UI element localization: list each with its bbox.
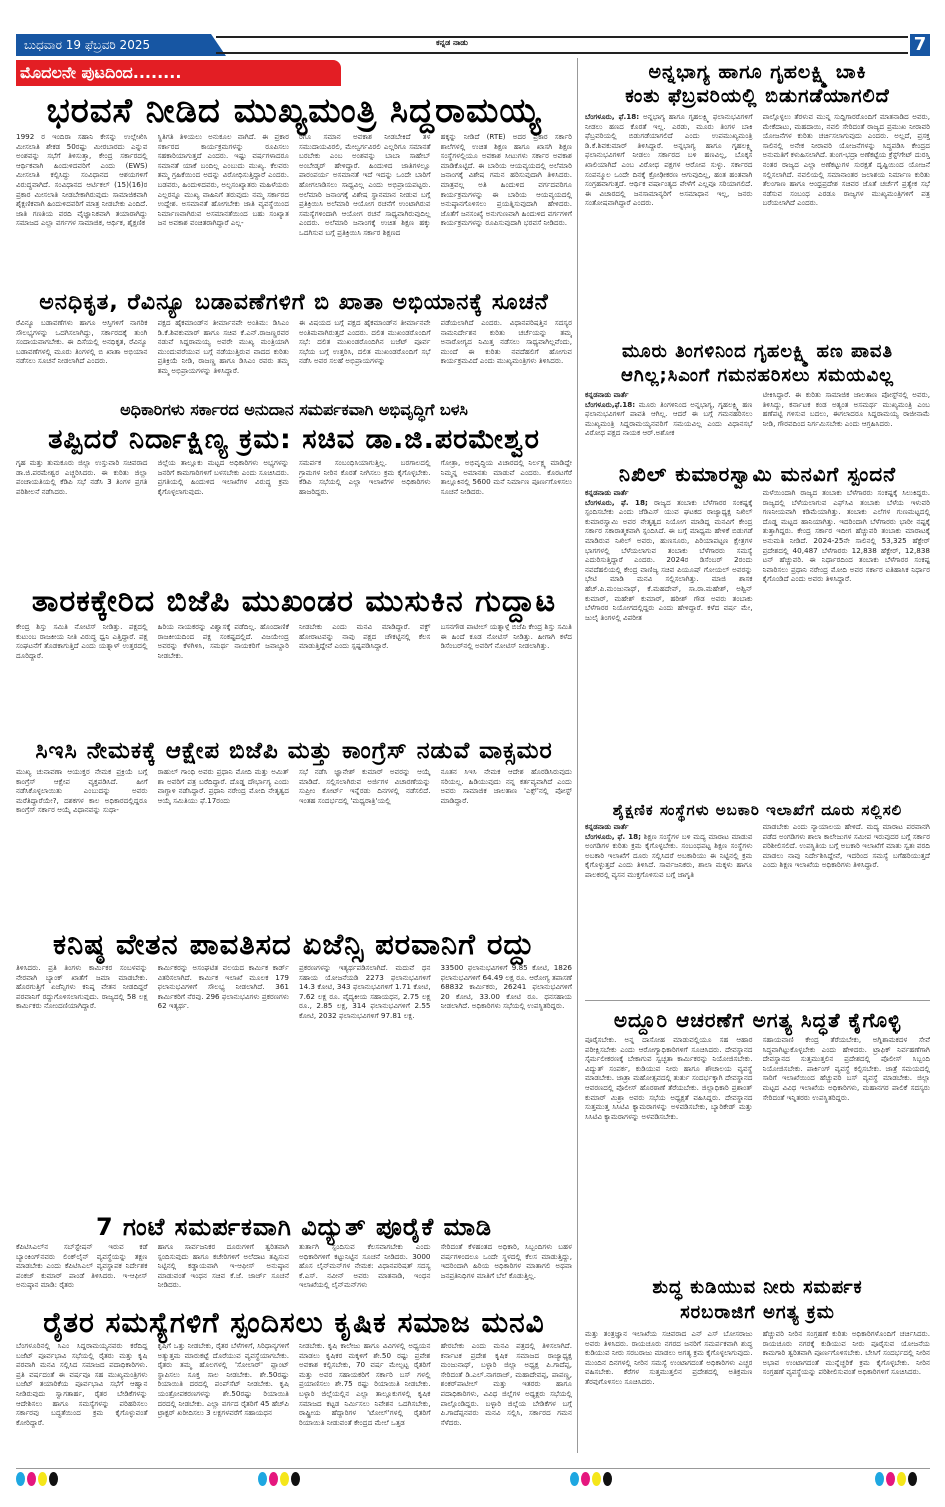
footer-rule: [16, 1468, 930, 1469]
headline: ತಪ್ಪಿದರೆ ನಿರ್ದಾಕ್ಷಿಣ್ಯ ಕ್ರಮ: ಸಚಿವ ಡಾ.ಜಿ.…: [16, 422, 572, 458]
story-min-wage: ಕನಿಷ್ಠ ವೇತನ ಪಾವತಿಸದ ಏಜೆನ್ಸಿ ಪರವಾನಿಗೆ ರದ್…: [16, 925, 572, 1210]
headline: ತಾರಕಕ್ಕೇರಿದ ಬಿಜೆಪಿ ಮುಖಂಡರ ಮುಸುಕಿನ ಗುದ್ದಾ…: [16, 582, 572, 622]
body-column: ಹೆಚ್ಚುವರಿ ನೀರಿನ ಸಂಗ್ರಹಣೆ ಕುರಿತು ಅಧಿಕಾರಿಗ…: [763, 1329, 931, 1461]
body-column: ನೀಡಬೇಕು. ಕೃಷಿ ಕಾಲೇಜು ಹಾಗೂ ವಿವಿಗಳಲ್ಲಿ ಅಧ್…: [299, 1341, 431, 1461]
story-cec-appointment: ಸಿಇಸಿ ನೇಮಕಕ್ಕೆ ಆಕ್ಷೇಪ ಬಿಜೆಪಿ ಮತ್ತು ಕಾಂಗ್…: [16, 735, 572, 922]
registration-marks: [570, 1472, 612, 1486]
magenta-dot-icon: [886, 1472, 895, 1486]
byline: ಕನ್ನಡನಾಡು ವಾರ್ತೆ: [585, 390, 753, 400]
body-column: ಸಭೆ ನಡೆಸಿ ಜ್ಞಾನೇಶ್ ಕುಮಾರ್ ಅವರನ್ನು ಆಯ್ಕೆ …: [299, 767, 431, 917]
body-column: ಹಿರಿಯ ನಾಯಕರನ್ನು ವಿಶ್ವಾಸಕ್ಕೆ ಪಡೆದಿಲ್ಲ. ಹೊ…: [158, 622, 290, 710]
headline-line: ಶುದ್ಧ ಕುಡಿಯುವ ನೀರು ಸಮರ್ಪಕ: [585, 1275, 930, 1300]
body-column: ರಿಗೂ ಸಮಾನ ಅವಕಾಶ ನೀಡಬೇಕಿದೆ ತಳ ಸಮುದಾಯವಿರಲಿ…: [299, 132, 431, 250]
headline: ಶುದ್ಧ ಕುಡಿಯುವ ನೀರು ಸಮರ್ಪಕ ಸರಬರಾಜಿಗೆ ಅಗತ್…: [585, 1275, 930, 1325]
black-dot-icon: [603, 1472, 612, 1486]
body-column: ಪಾಲ್ಗೊಳ್ಳಲು ತೆರಳುವ ಮುನ್ನ ಸುದ್ದಿಗಾರರೊಂದಿಗ…: [763, 112, 931, 340]
cyan-dot-icon: [570, 1472, 579, 1486]
body-column: ಬೆಂಗಳೂರಿನಲ್ಲಿ ಸಿಎಂ ಸಿದ್ದರಾಮಯ್ಯನವರು ಕರೆದಿ…: [16, 1341, 148, 1461]
story-body: ಗೃಹ ಮತ್ತು ತುಮಕೂರು ಜಿಲ್ಲಾ ಉಸ್ತುವಾರಿ ಸಚಿವರ…: [16, 458, 572, 573]
body-column: ಈ ವಿಷಯದ ಬಗ್ಗೆ ಪಕ್ಷದ ಹೈಕಮಾಂಡ್‌ನ ತೀರ್ಮಾನವೇ…: [299, 318, 431, 380]
body-column: ಮಳೆಯಿಂದಾಗಿ ರಾಜ್ಯದ ತಂಬಾಕು ಬೆಳೆಗಾರರು ಸಂಕಷ್…: [763, 488, 931, 746]
magenta-dot-icon: [581, 1472, 590, 1486]
story-body: ರೆವಿನ್ಯೂ ಬಡಾವಣೆಗಳು ಹಾಗೂ ಆಸ್ತಿಗಳಿಗೆ ನಾಗರಿ…: [16, 318, 572, 380]
story-body: ಬೆಂಗಳೂರಿನಲ್ಲಿ ಸಿಎಂ ಸಿದ್ದರಾಮಯ್ಯನವರು ಕರೆದಿ…: [16, 1341, 572, 1461]
body-column: ನೀಡಬೇಕು ಎಂದು ಮನವಿ ಮಾಡಿದ್ದಾರೆ. ವಕ್ಫ್ ಹೋರಾ…: [299, 622, 431, 710]
yellow-dot-icon: [897, 1472, 906, 1486]
story-body: ಕೆಪಿಟಿಸಿಎಲ್‌ನ ಸಬ್‌ಸ್ಟೇಷನ್ ಇರುವ ಕಡೆ ಬ್ಯಾಂ…: [16, 1242, 572, 1302]
yellow-dot-icon: [592, 1472, 601, 1486]
story-body: ಪೂರೈಸಬೇಕು. ಅನ್ನ ದಾಸೋಹ ಮಾಡುವಲ್ಲಿಯೂ ಸಹ ಆಹಾ…: [585, 1035, 930, 1269]
story-power-supply: 7 ಗಂಟೆ ಸಮರ್ಪಕವಾಗಿ ವಿದ್ಯುತ್ ಪೂರೈಕೆ ಮಾಡಿ ಕ…: [16, 1212, 572, 1304]
body-column: ಕನ್ನಡನಾಡು ವಾರ್ತೆಬೆಂಗಳೂರು, ಫೆ. 18; ಶಿಕ್ಷಣ…: [585, 822, 753, 992]
magenta-dot-icon: [27, 1472, 36, 1486]
body-column: ಗೃಹ ಮತ್ತು ತುಮಕೂರು ಜಿಲ್ಲಾ ಉಸ್ತುವಾರಿ ಸಚಿವರ…: [16, 458, 148, 573]
body-column: ಹಕ್ಕನ್ನು ನೀಡಿದೆ (RTE) ಅದರ ಪ್ರಕಾರ ಸರ್ಕಾರಿ…: [441, 132, 573, 250]
body-column: 1992 ರ ಇಂದಿರಾ ಸಹಾನಿ ಕೇಸನ್ನು ಉಲ್ಲೇಖಿಸಿ ಮೀ…: [16, 132, 148, 250]
body-column: ತಿಳಿಸಿದರು. ಪ್ರತಿ ತಿಂಗಳು ಕಾರ್ಮಿಕರ ಸಂಬಳವನ್…: [16, 963, 148, 1208]
body-column: ರಾಹುಲ್ ಗಾಂಧಿ ಅವರು ಪ್ರಧಾನಿ ಮೋದಿ ಮತ್ತು ಅಮಿ…: [158, 767, 290, 917]
story-body: ಕನ್ನಡನಾಡು ವಾರ್ತೆಬೆಂಗಳೂರು, ಫೆ. 18; ಶಿಕ್ಷಣ…: [585, 822, 930, 992]
headline: ಅನ್ನಭಾಗ್ಯ ಹಾಗೂ ಗೃಹಲಕ್ಷ್ಮಿ ಬಾಕಿ ಕಂತು ಫೆಬ್…: [585, 60, 930, 108]
body-column: ಸಮರ್ಪಕ ಸಂಬಂಧಿಸಿಯಾಗುತ್ತಿಲ್ಲ. ಬರಗಾಲದಲ್ಲಿ ಗ…: [299, 458, 431, 573]
body-column: ಬಸನಗೌಡ ಪಾಟೀಲ್ ಯತ್ನಾಳ್ಗೆ ಬಿಜೆಪಿ ಕೇಂದ್ರ ಶಿ…: [441, 622, 573, 710]
body-column: ಮುಖ್ಯ ಚುನಾವಣಾ ಆಯುಕ್ತರ ನೇಮಕ ಪ್ರಕ್ರಿಯೆ ಬಗ್…: [16, 767, 148, 917]
continued-from-front-page-banner: ಮೊದಲನೇ ಪುಟದಿಂದ........: [16, 60, 341, 86]
cyan-dot-icon: [875, 1472, 884, 1486]
story-krishika-samaja: ರೈತರ ಸಮಸ್ಯೆಗಳಿಗೆ ಸ್ಪಂದಿಸಲು ಕೃಷಿಕ ಸಮಾಜ ಮನ…: [16, 1305, 572, 1463]
body-column: ಮತ್ತು ತಂತ್ರಜ್ಞಾನ ಇಲಾಖೆಯ ಸಚಿವರಾದ ಎನ್ ಎಸ್ …: [585, 1329, 753, 1461]
registration-marks: [258, 1472, 300, 1486]
headline: ಶೈಕ್ಷಣಿಕ ಸಂಸ್ಥೆಗಳು ಅಬಕಾರಿ ಇಲಾಖೆಗೆ ದೂರು ಸ…: [585, 798, 930, 822]
body-column: 33500 ಫಲಾನುಭವಿಗಳಿಗೆ 9.85 ಕೋಟಿ, 1826 ಫಲಾನ…: [441, 963, 573, 1208]
story-gruhalakshmi-delay: ಮೂರು ತಿಂಗಳಿನಿಂದ ಗೃಹಲಕ್ಷ್ಮಿ ಹಣ ಪಾವತಿ ಆಗಿಲ…: [585, 340, 930, 458]
magenta-dot-icon: [269, 1472, 278, 1486]
section-divider: [585, 1000, 930, 1001]
body-column: ಟೀಕಿಸಿದ್ದಾರೆ. ಈ ಕುರಿತು ಸಾಮಾಜಿಕ ಜಾಲತಾಣ ಪೋ…: [763, 390, 931, 456]
body-column: ಬೆಂಗಳೂರು, ಫೆ.18: ಅನ್ನಭಾಗ್ಯ ಹಾಗೂ ಗೃಹಲಕ್ಷ್…: [585, 112, 753, 340]
body-column: ಹಾಗೂ ಸಾರ್ವಜನಿಕರ ದೂರುಗಳಿಗೆ ತ್ವರಿತವಾಗಿ ಸ್ಪ…: [158, 1242, 290, 1302]
headline-line: ಮೂರು ತಿಂಗಳಿನಿಂದ ಗೃಹಲಕ್ಷ್ಮಿ ಹಣ ಪಾವತಿ: [585, 340, 930, 364]
page-number: 7: [910, 34, 930, 56]
body-column: ಹೇರಬೇಕು ಎಂದು ಮನವಿ ಪತ್ರದಲ್ಲಿ ತಿಳಿಸಲಾಗಿದೆ.…: [441, 1341, 573, 1461]
headline: ಭರವಸೆ ನೀಡಿದ ಮುಖ್ಯಮಂತ್ರಿ ಸಿದ್ದರಾಮಯ್ಯ: [16, 90, 572, 132]
story-body: ಮತ್ತು ತಂತ್ರಜ್ಞಾನ ಇಲಾಖೆಯ ಸಚಿವರಾದ ಎನ್ ಎಸ್ …: [585, 1329, 930, 1461]
story-drinking-water: ಶುದ್ಧ ಕುಡಿಯುವ ನೀರು ಸಮರ್ಪಕ ಸರಬರಾಜಿಗೆ ಅಗತ್…: [585, 1275, 930, 1465]
story-body: ತಿಳಿಸಿದರು. ಪ್ರತಿ ತಿಂಗಳು ಕಾರ್ಮಿಕರ ಸಂಬಳವನ್…: [16, 963, 572, 1208]
body-column: ಜಿಲ್ಲೆಯ ತಾಲ್ಲೂಕು ಮಟ್ಟದ ಅಧಿಕಾರಿಗಳು ಅಭ್ಯಗಳ…: [158, 458, 290, 573]
black-dot-icon: [49, 1472, 58, 1486]
body-column: ಸೇರಿದಂತೆ ಕೆಳಹಂತದ ಅಧಿಕಾರಿ, ಸಿಬ್ಬಂದಿಗಳು ಬಹ…: [441, 1242, 573, 1302]
headline: ಮೂರು ತಿಂಗಳಿನಿಂದ ಗೃಹಲಕ್ಷ್ಮಿ ಹಣ ಪಾವತಿ ಆಗಿಲ…: [585, 340, 930, 388]
headline-line: ಸರಬರಾಜಿಗೆ ಅಗತ್ಯ ಕ್ರಮ: [585, 1300, 930, 1325]
story-body: ಬೆಂಗಳೂರು, ಫೆ.18: ಅನ್ನಭಾಗ್ಯ ಹಾಗೂ ಗೃಹಲಕ್ಷ್…: [585, 112, 930, 340]
headline: ನಿಖಿಲ್ ಕುಮಾರಸ್ವಾಮಿ ಮನವಿಗೆ ಸ್ಪಂದನೆ: [585, 460, 930, 488]
body-column: ಗೋತ್ರಾ, ಅಭಿವೃದ್ಧಿಯ ವಿಚಾರದಲ್ಲಿ ನಿರ್ಲಕ್ಷ್ಯ…: [441, 458, 573, 573]
dateline: ಬೆಂಗಳೂರು, ಫೆ.18:: [585, 112, 639, 121]
body-column: ಸಹಾಯವಾಣಿ ಕೇಂದ್ರ ತೆರೆಯಬೇಕು, ಅಗ್ನಿಶಾಮಕದಳ ಸ…: [763, 1035, 931, 1269]
story-annabhagya: ಅನ್ನಭಾಗ್ಯ ಹಾಗೂ ಗೃಹಲಕ್ಷ್ಮಿ ಬಾಕಿ ಕಂತು ಫೆಬ್…: [585, 60, 930, 340]
headline: ಕನಿಷ್ಠ ವೇತನ ಪಾವತಿಸದ ಏಜೆನ್ಸಿ ಪರವಾನಿಗೆ ರದ್…: [16, 925, 572, 963]
headline-line: ಅನ್ನಭಾಗ್ಯ ಹಾಗೂ ಗೃಹಲಕ್ಷ್ಮಿ ಬಾಕಿ: [585, 60, 930, 84]
issue-date: ಬುಧವಾರ 19 ಫೆಬ್ರವರಿ 2025: [16, 34, 226, 56]
story-parameshwar: ಅಧಿಕಾರಿಗಳು ಸರ್ಕಾರದ ಅನುದಾನ ಸಮರ್ಪಕವಾಗಿ ಅಭಿ…: [16, 398, 572, 578]
cyan-dot-icon: [258, 1472, 267, 1486]
black-dot-icon: [291, 1472, 300, 1486]
story-cm-assurance: ಭರವಸೆ ನೀಡಿದ ಮುಖ್ಯಮಂತ್ರಿ ಸಿದ್ದರಾಮಯ್ಯ 1992…: [16, 90, 572, 252]
column-divider: [577, 58, 578, 1453]
body-column: ತುರ್ತಾಗಿ ಸ್ಪಂದಿಸುವ ಕೆಲಸವಾಗಬೇಕು ಎಂದು ಅಧಿಕ…: [299, 1242, 431, 1302]
body-column: ಕೃಷಿಗೆ ಒತ್ತು ನೀಡಬೇಕು, ರೈತರ ಬೆಳೆಗಳಿಗೆ, ಸಿ…: [158, 1341, 290, 1461]
story-bjp-factions: ತಾರಕಕ್ಕೇರಿದ ಬಿಜೆಪಿ ಮುಖಂಡರ ಮುಸುಕಿನ ಗುದ್ದಾ…: [16, 582, 572, 712]
headline-line: ಆಗಿಲ್ಲ;ಸಿಎಂಗೆ ಗಮನಹರಿಸಲು ಸಮಯವಿಲ್ಲ: [585, 364, 930, 388]
story-body: ಮುಖ್ಯ ಚುನಾವಣಾ ಆಯುಕ್ತರ ನೇಮಕ ಪ್ರಕ್ರಿಯೆ ಬಗ್…: [16, 767, 572, 917]
body-column: ಸ್ಥಿತಿಗತಿ ತಿಳಿಯಲು ಅನುಕೂಲ ವಾಗಿದೆ. ಈ ಪ್ರಕಾ…: [158, 132, 290, 250]
cyan-dot-icon: [16, 1472, 25, 1486]
body-column: ಪ್ರಕರಣಗಳನ್ನು ಇತ್ಯರ್ಥಪಡಿಸಲಾಗಿದೆ. ಮದುವೆ ಧನ…: [299, 963, 431, 1208]
body-column: ರೆವಿನ್ಯೂ ಬಡಾವಣೆಗಳು ಹಾಗೂ ಆಸ್ತಿಗಳಿಗೆ ನಾಗರಿ…: [16, 318, 148, 380]
story-body: 1992 ರ ಇಂದಿರಾ ಸಹಾನಿ ಕೇಸನ್ನು ಉಲ್ಲೇಖಿಸಿ ಮೀ…: [16, 132, 572, 250]
headline: ರೈತರ ಸಮಸ್ಯೆಗಳಿಗೆ ಸ್ಪಂದಿಸಲು ಕೃಷಿಕ ಸಮಾಜ ಮನ…: [16, 1305, 572, 1341]
subheadline: ಅಧಿಕಾರಿಗಳು ಸರ್ಕಾರದ ಅನುದಾನ ಸಮರ್ಪಕವಾಗಿ ಅಭಿ…: [16, 398, 572, 422]
black-dot-icon: [908, 1472, 917, 1486]
registration-marks: [16, 1472, 58, 1486]
story-b-khata: ಅನಧಿಕೃತ, ರೆವಿನ್ಯೂ ಬಡಾವಣೆಗಳಿಗೆ ಬಿ ಖಾತಾ ಅಭ…: [16, 288, 572, 383]
body-column: ಕೆಪಿಟಿಸಿಎಲ್‌ನ ಸಬ್‌ಸ್ಟೇಷನ್ ಇರುವ ಕಡೆ ಬ್ಯಾಂ…: [16, 1242, 148, 1302]
story-nikhil-kumaraswamy: ನಿಖಿಲ್ ಕುಮಾರಸ್ವಾಮಿ ಮನವಿಗೆ ಸ್ಪಂದನೆ ಕನ್ನಡನ…: [585, 460, 930, 750]
story-temple-festival: ಅದ್ದೂರಿ ಆಚರಣೆಗೆ ಅಗತ್ಯ ಸಿದ್ಧತೆ ಕೈಗೊಳ್ಳಿ ಪ…: [585, 1005, 930, 1273]
body-column: ಮಾಡಬೇಕು ಎಂದು ನ್ಯಾಯಾಲಯ ಹೇಳಿದೆ. ಮದ್ಯ ಮಾರಾಟ…: [763, 822, 931, 992]
body-column: ಪೂರೈಸಬೇಕು. ಅನ್ನ ದಾಸೋಹ ಮಾಡುವಲ್ಲಿಯೂ ಸಹ ಆಹಾ…: [585, 1035, 753, 1269]
byline: ಕನ್ನಡನಾಡು ವಾರ್ತೆ: [585, 822, 753, 832]
story-body: ಕನ್ನಡನಾಡು ವಾರ್ತೆಬೆಂಗಳೂರು, ಫೆ. 18; ರಾಜ್ಯದ…: [585, 488, 930, 746]
headline: 7 ಗಂಟೆ ಸಮರ್ಪಕವಾಗಿ ವಿದ್ಯುತ್ ಪೂರೈಕೆ ಮಾಡಿ: [16, 1212, 572, 1242]
headline: ಅನಧಿಕೃತ, ರೆವಿನ್ಯೂ ಬಡಾವಣೆಗಳಿಗೆ ಬಿ ಖಾತಾ ಅಭ…: [16, 288, 572, 318]
body-column: ಕನ್ನಡನಾಡು ವಾರ್ತೆಬೆಂಗಳೂರು, ಫೆ. 18; ರಾಜ್ಯದ…: [585, 488, 753, 746]
body-column: ಪಕ್ಷದ ಹೈಕಮಾಂಡ್‌ನ ತೀರ್ಮಾನವೇ ಅಂತಿಮ: ಡಿಸಿಎಂ…: [158, 318, 290, 380]
story-body: ಕೇಂದ್ರ ಶಿಸ್ತು ಸಮಿತಿ ನೋಟಿಸ್ ನೀಡಿತ್ತು. ಪಕ್…: [16, 622, 572, 710]
masthead: ಬುಧವಾರ 19 ಫೆಬ್ರವರಿ 2025 ಕನ್ನಡ ನಾಡು 7: [16, 34, 930, 56]
yellow-dot-icon: [38, 1472, 47, 1486]
body-column: ಕನ್ನಡನಾಡು ವಾರ್ತೆಬೆಂಗಳೂರು,ಫೆ.18: ಮೂರು ತಿಂ…: [585, 390, 753, 456]
story-body: ಕನ್ನಡನಾಡು ವಾರ್ತೆಬೆಂಗಳೂರು,ಫೆ.18: ಮೂರು ತಿಂ…: [585, 390, 930, 456]
dateline: ಬೆಂಗಳೂರು,ಫೆ.18:: [585, 400, 635, 409]
registration-marks: [875, 1472, 917, 1486]
body-column: ಪಡೆಯಲಾಗಿದೆ ಎಂದರು. ವಿಧಾನಪರಿಷತ್ತಿನ ಸದಸ್ಯರ …: [441, 318, 573, 380]
headline: ಸಿಇಸಿ ನೇಮಕಕ್ಕೆ ಆಕ್ಷೇಪ ಬಿಜೆಪಿ ಮತ್ತು ಕಾಂಗ್…: [16, 735, 572, 767]
body-column: ನೂತನ ಸಿಇಸಿ ನೇಮಕ ಆದೇಶ ಹೊರಡಿಸಿರುವುದು ಸರಿಯಲ…: [441, 767, 573, 917]
headline: ಅದ್ದೂರಿ ಆಚರಣೆಗೆ ಅಗತ್ಯ ಸಿದ್ಧತೆ ಕೈಗೊಳ್ಳಿ: [585, 1005, 930, 1035]
masthead-rule: [216, 36, 908, 54]
yellow-dot-icon: [280, 1472, 289, 1486]
dateline: ಬೆಂಗಳೂರು, ಫೆ. 18;: [585, 498, 648, 507]
body-column: ಕಾರ್ಮಿಕರನ್ನು ಅಸಂಘಟಿತ ವಲಯದ ಕಾರ್ಮಿಕ ಕಾರ್ಡ್…: [158, 963, 290, 1208]
newspaper-brand: ಕನ್ನಡ ನಾಡು: [436, 38, 468, 48]
headline-line: ಕಂತು ಫೆಬ್ರವರಿಯಲ್ಲಿ ಬಿಡುಗಡೆಯಾಗಲಿದೆ: [585, 84, 930, 108]
story-excise-schools: ಶೈಕ್ಷಣಿಕ ಸಂಸ್ಥೆಗಳು ಅಬಕಾರಿ ಇಲಾಖೆಗೆ ದೂರು ಸ…: [585, 798, 930, 998]
byline: ಕನ್ನಡನಾಡು ವಾರ್ತೆ: [585, 488, 753, 498]
dateline: ಬೆಂಗಳೂರು, ಫೆ. 18;: [585, 832, 641, 841]
body-column: ಕೇಂದ್ರ ಶಿಸ್ತು ಸಮಿತಿ ನೋಟಿಸ್ ನೀಡಿತ್ತು. ಪಕ್…: [16, 622, 148, 710]
